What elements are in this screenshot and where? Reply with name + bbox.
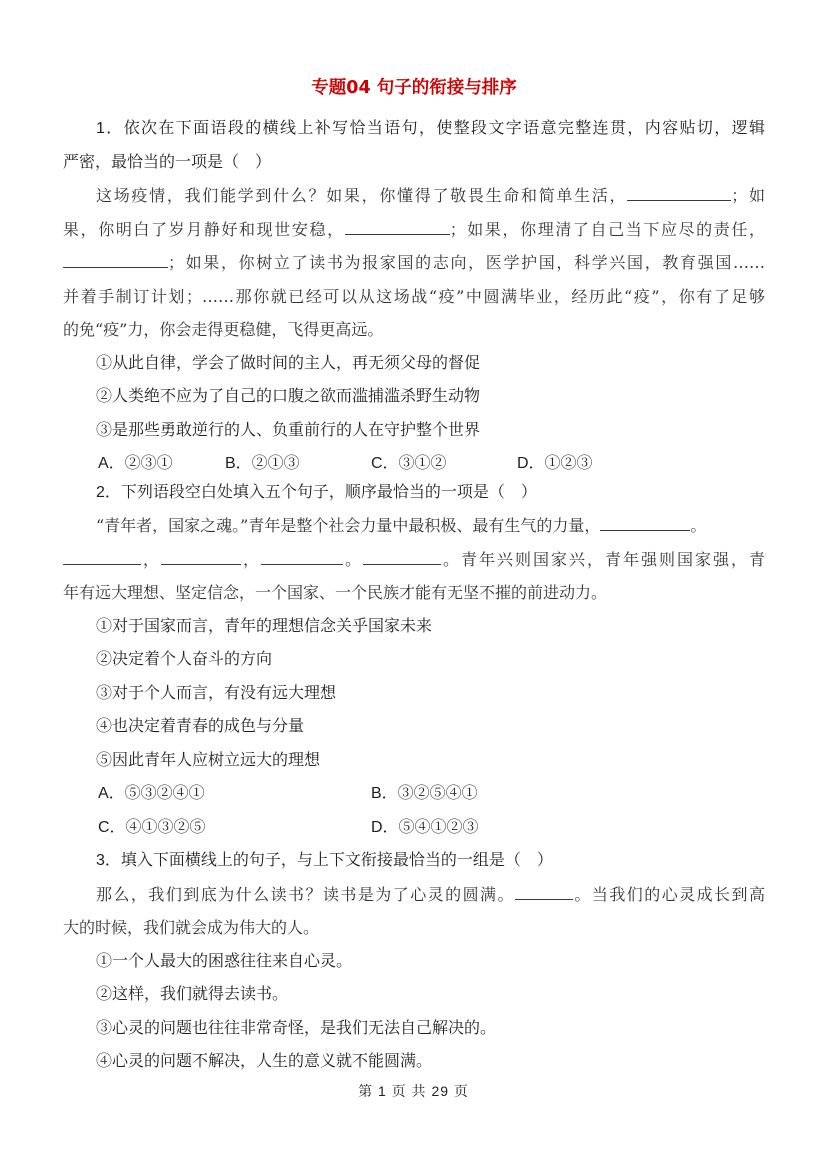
q3-stem: 3．填入下面横线上的句子，与上下文衔接最恰当的一组是（ ） <box>63 844 765 878</box>
q2-stem: 2．下列语段空白处填入五个句子，顺序最恰当的一项是（ ） <box>63 476 765 510</box>
q1-passage-line3: ；如果，你树立了读书为报家国的志向，医学护国，科学兴国，教育强国…… <box>63 246 765 280</box>
q2-option-a: A．⑤③②④① <box>98 777 371 811</box>
q2-item-2: ②决定着个人奋斗的方向 <box>63 643 765 677</box>
answer-blank <box>627 181 731 201</box>
question-1: 1．依次在下面语段的横线上补写恰当语句，使整段文字语意完整连贯，内容贴切，逻辑 … <box>63 112 765 481</box>
q1-passage-text: ；如 <box>731 186 765 205</box>
answer-blank <box>261 545 343 565</box>
answer-blank <box>63 248 168 268</box>
q3-item-4: ④心灵的问题不解决，人生的意义就不能圆满。 <box>63 1045 765 1079</box>
q2-options-row2: C．④①③②⑤D．⑤④①②③ <box>63 811 765 845</box>
q3-item-3: ③心灵的问题也往往非常奇怪，是我们无法自己解决的。 <box>63 1012 765 1046</box>
q1-passage-text: ；如果，你理清了自己当下应尽的责任， <box>450 220 765 239</box>
q2-passage-text: ， <box>241 550 261 569</box>
q1-passage-text: ；如果，你树立了读书为报家国的志向，医学护国，科学兴国，教育强国…… <box>168 253 765 272</box>
q2-item-5: ⑤因此青年人应树立远大的理想 <box>63 744 765 778</box>
q3-item-2: ②这样，我们就得去读书。 <box>63 978 765 1012</box>
answer-blank <box>161 545 241 565</box>
q2-option-d: D．⑤④①②③ <box>371 811 479 845</box>
q2-item-1: ①对于国家而言，青年的理想信念关乎国家未来 <box>63 610 765 644</box>
q3-passage-line2: 大的时候，我们就会成为伟大的人。 <box>63 911 765 945</box>
q2-item-3: ③对于个人而言，有没有远大理想 <box>63 677 765 711</box>
question-3: 3．填入下面横线上的句子，与上下文衔接最恰当的一组是（ ） 那么，我们到底为什么… <box>63 844 765 1079</box>
q2-passage-text: “青年者，国家之魂。”青年是整个社会力量中最积极、最有生气的力量， <box>96 516 600 535</box>
answer-blank <box>345 215 450 235</box>
q1-passage-line2: 果，你明白了岁月静好和现世安稳，；如果，你理清了自己当下应尽的责任， <box>63 213 765 247</box>
q2-option-b: B．③②⑤④① <box>371 777 478 811</box>
q2-passage-text: 。 <box>690 516 706 535</box>
answer-blank <box>63 545 141 565</box>
q2-option-c: C．④①③②⑤ <box>98 811 371 845</box>
q1-stem-line2: 严密，最恰当的一项是（ ） <box>63 146 765 180</box>
q2-passage-text: 。 <box>343 550 363 569</box>
q1-passage-line5: 的免“疫”力，你会走得更稳健，飞得更高远。 <box>63 313 765 347</box>
page-number-label: 第 1 页 共 29 页 <box>358 1083 469 1099</box>
q2-passage-line2: ，，。。青年兴则国家兴，青年强则国家强，青 <box>63 543 765 577</box>
question-2: 2．下列语段空白处填入五个句子，顺序最恰当的一项是（ ） “青年者，国家之魂。”… <box>63 476 765 845</box>
q3-passage-text: 那么，我们到底为什么读书？读书是为了心灵的圆满。 <box>96 885 515 904</box>
q1-item-2: ②人类绝不应为了自己的口腹之欲而滥捕滥杀野生动物 <box>63 380 765 414</box>
answer-blank <box>600 511 690 531</box>
answer-blank <box>363 545 441 565</box>
q2-passage-line3: 年有远大理想、坚定信念，一个国家、一个民族才能有无坚不摧的前进动力。 <box>63 576 765 610</box>
q3-item-1: ①一个人最大的困惑往往来自心灵。 <box>63 945 765 979</box>
page-footer: 第 1 页 共 29 页 <box>0 1081 827 1101</box>
q2-passage-text: ， <box>141 550 161 569</box>
answer-blank <box>515 880 573 900</box>
q1-passage-line1: 这场疫情，我们能学到什么？如果，你懂得了敬畏生命和简单生活，；如 <box>63 179 765 213</box>
page-title: 专题04 句子的衔接与排序 <box>63 77 765 100</box>
q2-options-row1: A．⑤③②④①B．③②⑤④① <box>63 777 765 811</box>
q2-passage-text: 。青年兴则国家兴，青年强则国家强，青 <box>441 550 765 569</box>
q3-passage-text: 。当我们的心灵成长到高 <box>573 885 765 904</box>
document-page: 专题04 句子的衔接与排序 1．依次在下面语段的横线上补写恰当语句，使整段文字语… <box>0 0 827 1169</box>
q1-passage-text: 果，你明白了岁月静好和现世安稳， <box>63 220 345 239</box>
q3-passage-line1: 那么，我们到底为什么读书？读书是为了心灵的圆满。。当我们的心灵成长到高 <box>63 878 765 912</box>
q2-passage-line1: “青年者，国家之魂。”青年是整个社会力量中最积极、最有生气的力量，。 <box>63 509 765 543</box>
q2-item-4: ④也决定着青春的成色与分量 <box>63 710 765 744</box>
q1-passage-line4: 并着手制订计划；……那你就已经可以从这场战“疫”中圆满毕业，经历此“疫”，你有了… <box>63 280 765 314</box>
q1-passage-text: 这场疫情，我们能学到什么？如果，你懂得了敬畏生命和简单生活， <box>96 186 627 205</box>
q1-item-1: ①从此自律，学会了做时间的主人，再无须父母的督促 <box>63 347 765 381</box>
q1-stem-line1: 1．依次在下面语段的横线上补写恰当语句，使整段文字语意完整连贯，内容贴切，逻辑 <box>63 112 765 146</box>
q1-item-3: ③是那些勇敢逆行的人、负重前行的人在守护整个世界 <box>63 414 765 448</box>
page-content: 专题04 句子的衔接与排序 1．依次在下面语段的横线上补写恰当语句，使整段文字语… <box>63 0 765 1079</box>
